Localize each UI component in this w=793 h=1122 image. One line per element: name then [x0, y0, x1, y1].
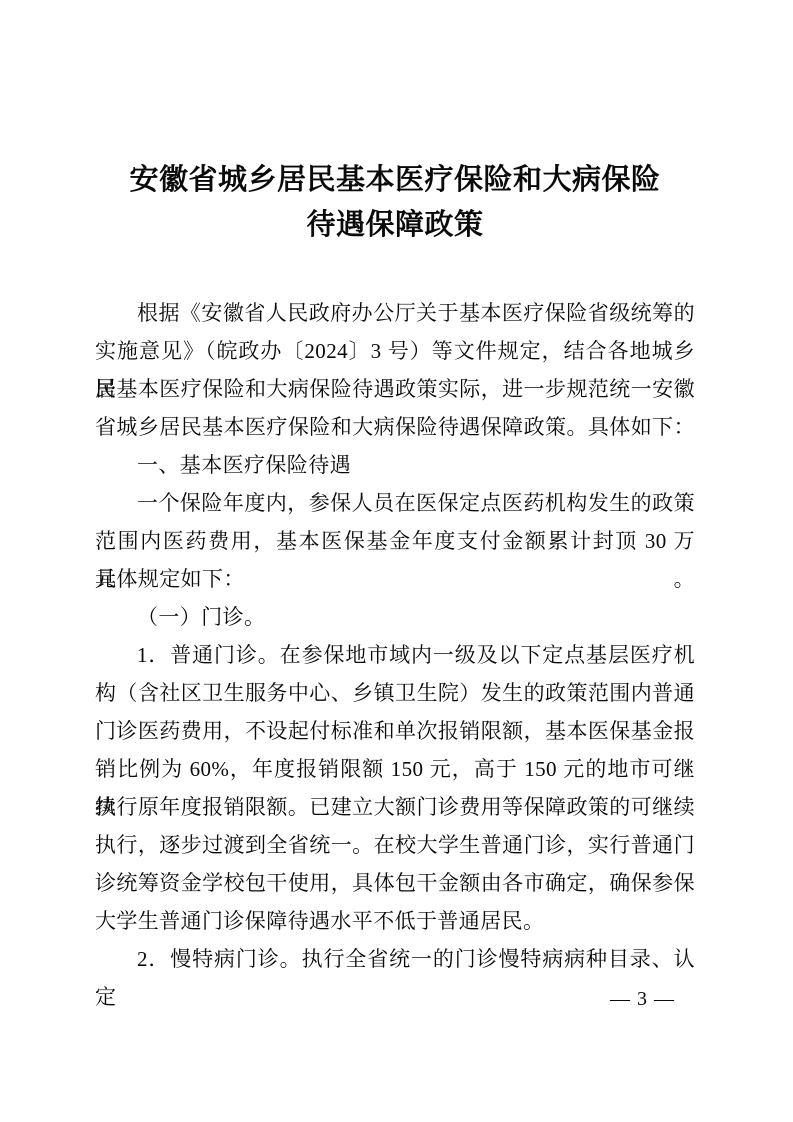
text-line: 执行，逐步过渡到全省统一。在校大学生普通门诊，实行普通门 [95, 826, 695, 864]
document-page: 安徽省城乡居民基本医疗保险和大病保险待遇保障政策 根据《安徽省人民政府办公厅关于… [0, 0, 793, 1122]
text-line: 执行原年度报销限额。已建立大额门诊费用等保障政策的可继续 [95, 788, 695, 826]
text-line: 民基本医疗保险和大病保险待遇政策实际，进一步规范统一安徽 [95, 370, 695, 408]
section-heading-basic-medical-insurance: 一、基本医疗保险待遇 [95, 446, 695, 484]
document-content: 安徽省城乡居民基本医疗保险和大病保险待遇保障政策 根据《安徽省人民政府办公厅关于… [95, 0, 695, 1013]
text-line: 一个保险年度内，参保人员在医保定点医药机构发生的政策 [95, 484, 695, 522]
document-title-line: 安徽省城乡居民基本医疗保险和大病保险 [95, 158, 695, 203]
text-line: 构（含社区卫生服务中心、乡镇卫生院）发生的政策范围内普通 [95, 674, 695, 712]
text-line: （一）门诊。 [95, 598, 695, 636]
page-number: — 3 — [610, 988, 675, 1010]
chronic-special-disease-paragraph: 2．慢特病门诊。执行全省统一的门诊慢特病病种目录、认定 [95, 940, 695, 978]
text-line: 一、基本医疗保险待遇 [95, 446, 695, 484]
intro-paragraph: 根据《安徽省人民政府办公厅关于基本医疗保险省级统筹的实施意见》（皖政办〔2024… [95, 294, 695, 446]
text-line: 诊统筹资金学校包干使用，具体包干金额由各市确定，确保参保 [95, 864, 695, 902]
page-footer: — 3 — [95, 985, 695, 1013]
outpatient-subheading: （一）门诊。 [95, 598, 695, 636]
text-line: 范围内医药费用，基本医保基金年度支付金额累计封顶 30 万元。 [95, 522, 695, 560]
text-line: 根据《安徽省人民政府办公厅关于基本医疗保险省级统筹的 [95, 294, 695, 332]
annual-cap-paragraph: 一个保险年度内，参保人员在医保定点医药机构发生的政策范围内医药费用，基本医保基金… [95, 484, 695, 598]
text-line: 2．慢特病门诊。执行全省统一的门诊慢特病病种目录、认定 [95, 940, 695, 978]
document-title: 安徽省城乡居民基本医疗保险和大病保险待遇保障政策 [95, 158, 695, 248]
ordinary-outpatient-paragraph: 1．普通门诊。在参保地市域内一级及以下定点基层医疗机构（含社区卫生服务中心、乡镇… [95, 636, 695, 940]
text-line: 省城乡居民基本医疗保险和大病保险待遇保障政策。具体如下： [95, 408, 695, 446]
text-line: 门诊医药费用，不设起付标准和单次报销限额，基本医保基金报 [95, 712, 695, 750]
document-title-line: 待遇保障政策 [95, 203, 695, 248]
text-line: 实施意见》（皖政办〔2024〕3 号）等文件规定，结合各地城乡居 [95, 332, 695, 370]
text-line: 销比例为 60%，年度报销限额 150 元，高于 150 元的地市可继续 [95, 750, 695, 788]
text-line: 大学生普通门诊保障待遇水平不低于普通居民。 [95, 902, 695, 940]
document-body: 根据《安徽省人民政府办公厅关于基本医疗保险省级统筹的实施意见》（皖政办〔2024… [95, 294, 695, 978]
text-line: 1．普通门诊。在参保地市域内一级及以下定点基层医疗机 [95, 636, 695, 674]
